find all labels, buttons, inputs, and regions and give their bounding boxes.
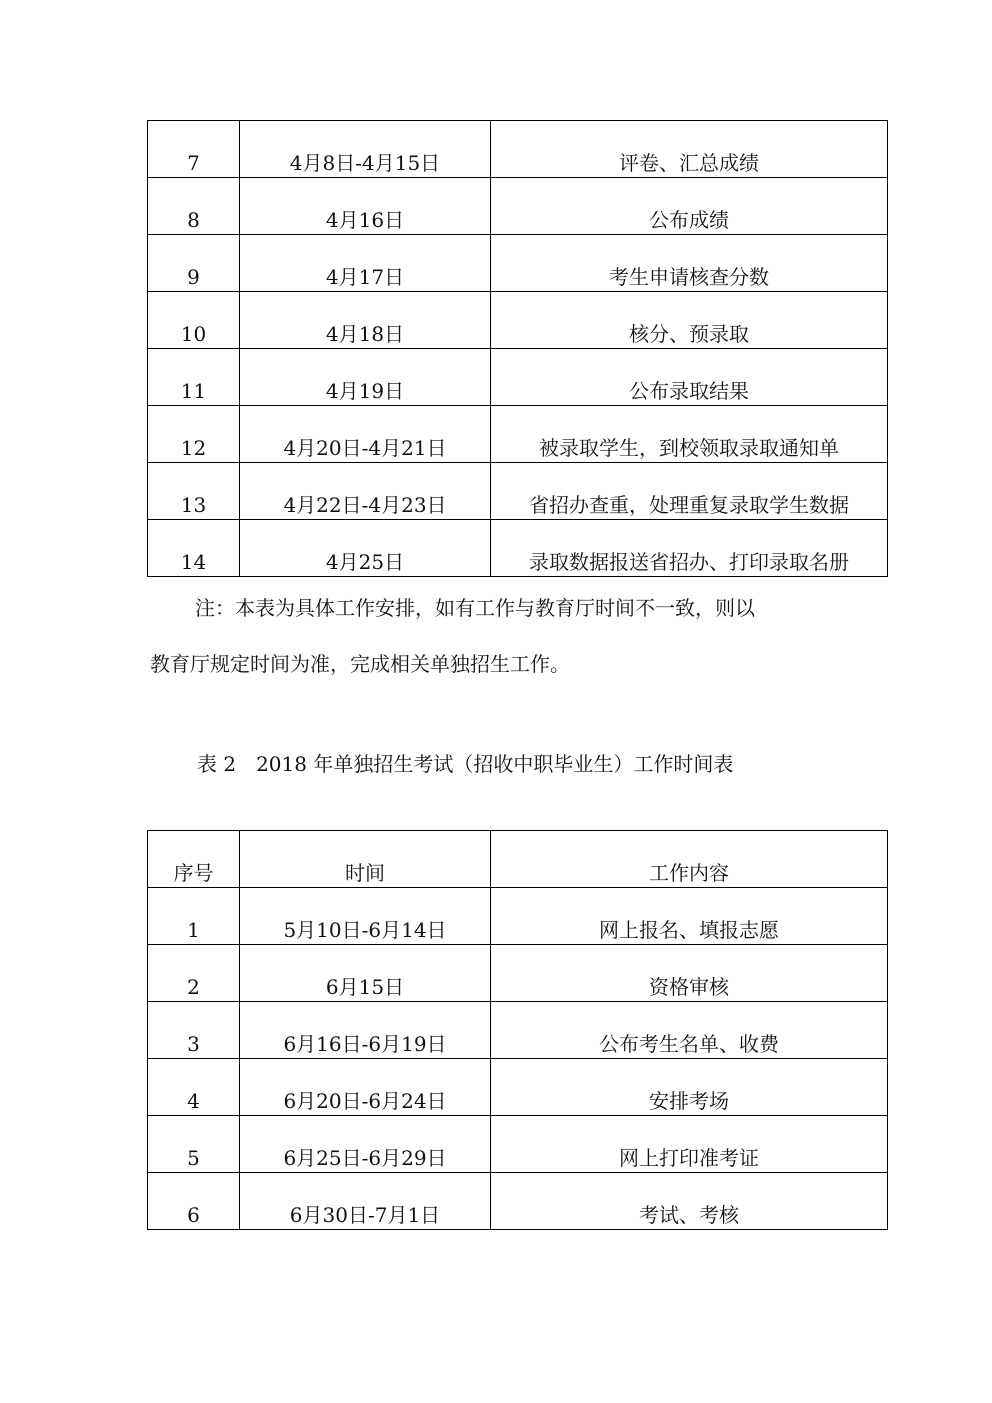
- row-content: 评卷、汇总成绩: [491, 121, 888, 178]
- row-content: 考生申请核查分数: [491, 235, 888, 292]
- row-time: 6月20日-6月24日: [240, 1059, 491, 1116]
- row-number: 12: [148, 406, 240, 463]
- table-row: 15月10日-6月14日网上报名、填报志愿: [148, 888, 888, 945]
- row-number: 5: [148, 1116, 240, 1173]
- row-time: 6月30日-7月1日: [240, 1173, 491, 1230]
- table-row: 114月19日公布录取结果: [148, 349, 888, 406]
- table-row: 84月16日公布成绩: [148, 178, 888, 235]
- row-content: 公布录取结果: [491, 349, 888, 406]
- row-time: 4月8日-4月15日: [240, 121, 491, 178]
- row-content: 公布考生名单、收费: [491, 1002, 888, 1059]
- row-number: 4: [148, 1059, 240, 1116]
- row-time: 4月25日: [240, 520, 491, 577]
- row-time: 4月19日: [240, 349, 491, 406]
- row-content: 被录取学生，到校领取录取通知单: [491, 406, 888, 463]
- row-time: 4月16日: [240, 178, 491, 235]
- row-number: 6: [148, 1173, 240, 1230]
- row-content: 网上报名、填报志愿: [491, 888, 888, 945]
- table-row: 74月8日-4月15日评卷、汇总成绩: [148, 121, 888, 178]
- header-time: 时间: [240, 831, 491, 888]
- row-content: 公布成绩: [491, 178, 888, 235]
- row-time: 4月18日: [240, 292, 491, 349]
- row-time: 4月17日: [240, 235, 491, 292]
- row-number: 11: [148, 349, 240, 406]
- table-row: 144月25日录取数据报送省招办、打印录取名册: [148, 520, 888, 577]
- note-paragraph-line-2: 教育厅规定时间为准，完成相关单独招生工作。: [150, 652, 570, 676]
- row-number: 9: [148, 235, 240, 292]
- table-row: 94月17日考生申请核查分数: [148, 235, 888, 292]
- row-time: 5月10日-6月14日: [240, 888, 491, 945]
- row-number: 8: [148, 178, 240, 235]
- table-header-row: 序号时间工作内容: [148, 831, 888, 888]
- row-time: 6月15日: [240, 945, 491, 1002]
- note-paragraph-line-1: 注：本表为具体工作安排，如有工作与教育厅时间不一致，则以: [195, 596, 755, 620]
- row-content: 资格审核: [491, 945, 888, 1002]
- row-time: 4月20日-4月21日: [240, 406, 491, 463]
- row-number: 10: [148, 292, 240, 349]
- schedule-table-2: 序号时间工作内容 15月10日-6月14日网上报名、填报志愿 26月15日资格审…: [147, 830, 888, 1230]
- header-content: 工作内容: [491, 831, 888, 888]
- row-number: 3: [148, 1002, 240, 1059]
- row-content: 考试、考核: [491, 1173, 888, 1230]
- table-row: 26月15日资格审核: [148, 945, 888, 1002]
- schedule-table-1: 74月8日-4月15日评卷、汇总成绩 84月16日公布成绩 94月17日考生申请…: [147, 120, 888, 577]
- table-row: 66月30日-7月1日考试、考核: [148, 1173, 888, 1230]
- row-time: 6月16日-6月19日: [240, 1002, 491, 1059]
- row-content: 核分、预录取: [491, 292, 888, 349]
- row-number: 1: [148, 888, 240, 945]
- row-number: 2: [148, 945, 240, 1002]
- table-row: 104月18日核分、预录取: [148, 292, 888, 349]
- row-number: 14: [148, 520, 240, 577]
- row-number: 7: [148, 121, 240, 178]
- row-time: 6月25日-6月29日: [240, 1116, 491, 1173]
- row-content: 安排考场: [491, 1059, 888, 1116]
- row-content: 录取数据报送省招办、打印录取名册: [491, 520, 888, 577]
- table-row: 56月25日-6月29日网上打印准考证: [148, 1116, 888, 1173]
- header-number: 序号: [148, 831, 240, 888]
- table-row: 134月22日-4月23日省招办查重，处理重复录取学生数据: [148, 463, 888, 520]
- row-number: 13: [148, 463, 240, 520]
- table-row: 124月20日-4月21日被录取学生，到校领取录取通知单: [148, 406, 888, 463]
- row-content: 省招办查重，处理重复录取学生数据: [491, 463, 888, 520]
- table-2-caption: 表 2 2018 年单独招生考试（招收中职毕业生）工作时间表: [197, 752, 733, 776]
- table-row: 36月16日-6月19日公布考生名单、收费: [148, 1002, 888, 1059]
- table-row: 46月20日-6月24日安排考场: [148, 1059, 888, 1116]
- row-time: 4月22日-4月23日: [240, 463, 491, 520]
- row-content: 网上打印准考证: [491, 1116, 888, 1173]
